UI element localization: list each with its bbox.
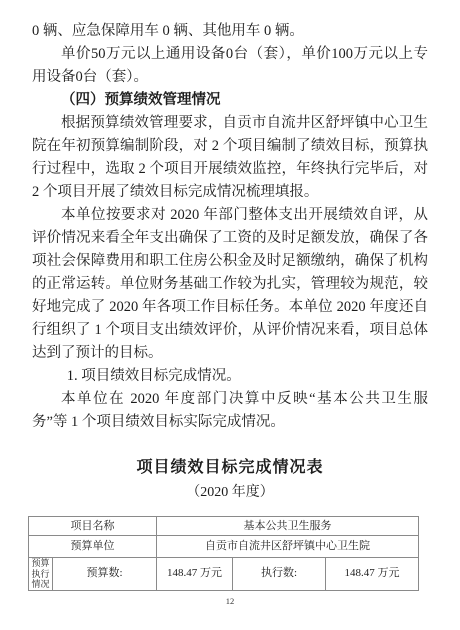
project-name-value: 基本公共卫生服务 <box>157 517 419 536</box>
execution-amount-value: 148.47 万元 <box>326 558 419 591</box>
body-paragraph-self-evaluation: 本单位按要求对 2020 年部门整体支出开展绩效自评，从评价情况来看全年支出确保… <box>32 204 428 365</box>
body-paragraph-equipment: 单价50万元以上通用设备0台（套），单价100万元以上专用设备0台（套）。 <box>32 43 428 89</box>
budget-amount-value: 148.47 万元 <box>157 558 233 591</box>
body-paragraph-vehicles: 0 辆、应急保障用车 0 辆、其他用车 0 辆。 <box>32 20 428 43</box>
section-heading-budget-performance: （四）预算绩效管理情况 <box>32 89 428 112</box>
table-row-budget-unit: 预算单位 自贡市自流井区舒坪镇中心卫生院 <box>29 536 419 558</box>
table-row-project-name: 项目名称 基本公共卫生服务 <box>29 517 419 536</box>
body-paragraph-performance-targets: 根据预算绩效管理要求，自贡市自流井区舒坪镇中心卫生院在年初预算编制阶段，对 2 … <box>32 112 428 204</box>
execution-amount-label: 执行数: <box>233 558 326 591</box>
list-item-target-completion: 1. 项目绩效目标完成情况。 <box>32 365 428 388</box>
table-title: 项目绩效目标完成情况表 <box>32 455 428 480</box>
table-row-budget-execution: 预算执行情况 预算数: 148.47 万元 执行数: 148.47 万元 <box>29 558 419 591</box>
document-page: 0 辆、应急保障用车 0 辆、其他用车 0 辆。 单价50万元以上通用设备0台（… <box>0 0 460 630</box>
budget-amount-label: 预算数: <box>53 558 157 591</box>
body-paragraph-final-accounts: 本单位在 2020 年度部门决算中反映“基本公共卫生服务”等 1 个项目绩效目标… <box>32 388 428 434</box>
budget-unit-value: 自贡市自流井区舒坪镇中心卫生院 <box>157 536 419 558</box>
budget-execution-group-label: 预算执行情况 <box>29 558 53 591</box>
table-subtitle-year: （2020 年度） <box>32 482 428 504</box>
budget-unit-label: 预算单位 <box>29 536 157 558</box>
page-number: 12 <box>32 596 428 607</box>
performance-target-table: 项目名称 基本公共卫生服务 预算单位 自贡市自流井区舒坪镇中心卫生院 预算执行情… <box>28 516 419 591</box>
project-name-label: 项目名称 <box>29 517 157 536</box>
